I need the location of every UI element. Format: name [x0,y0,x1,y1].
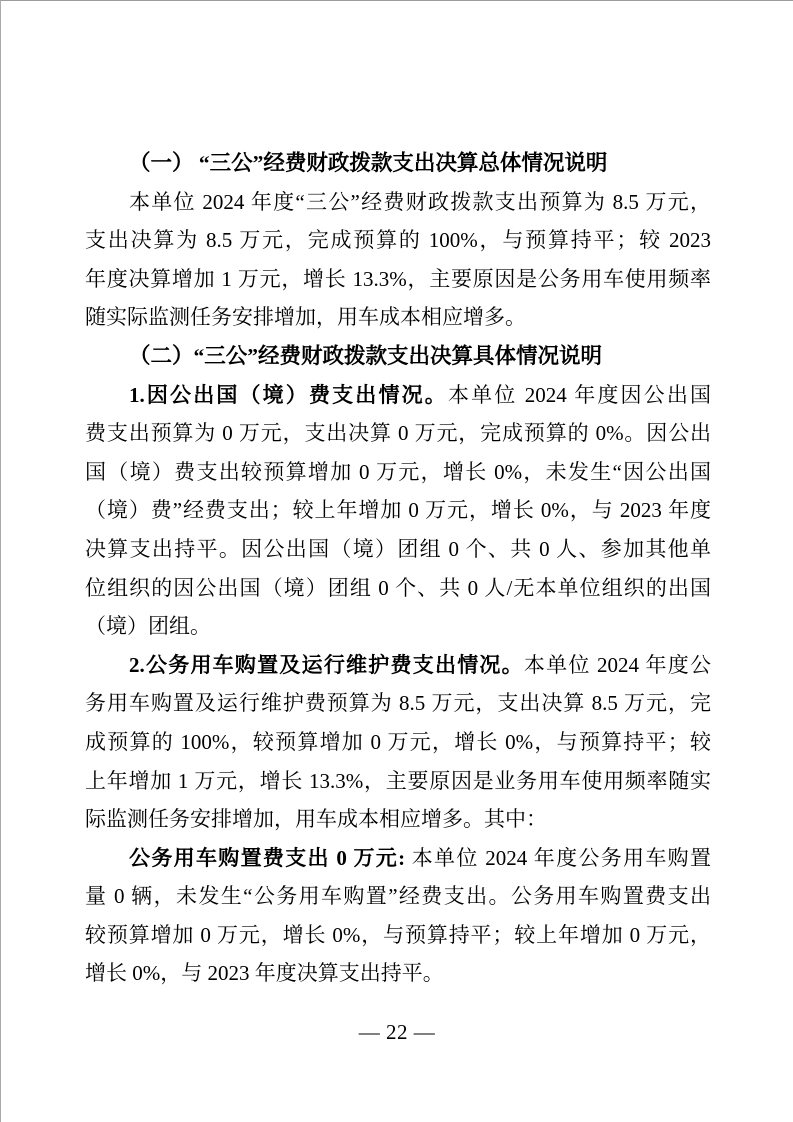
text-run: 成预算的 100%，较预算增加 0 万元，增长 0%，与预算持平；较 [85,730,711,754]
text-line: 随实际监测任务安排增加，用车成本相应增多。 [85,298,711,337]
text-run: 决算支出持平。因公出国（境）团组 0 个、共 0 人、参加其他单 [85,537,711,561]
text-line: 本单位 2024 年度“三公”经费财政拨款支出预算为 8.5 万元， [85,183,711,222]
text-line: 位组织的因公出国（境）团组 0 个、共 0 人/无本单位组织的出国 [85,569,711,608]
text-run: 本单位 2024 年度公务用车购置 [412,846,711,870]
text-run: 国（境）费支出较预算增加 0 万元，增长 0%，未发生“因公出国 [85,460,711,484]
text-line: 成预算的 100%，较预算增加 0 万元，增长 0%，与预算持平；较 [85,723,711,762]
text-run: 本单位 2024 年度公 [524,653,711,677]
text-line: 上年增加 1 万元，增长 13.3%，主要原因是业务用车使用频率随实 [85,762,711,801]
text-line: 国（境）费支出较预算增加 0 万元，增长 0%，未发生“因公出国 [85,453,711,492]
text-line: 费支出预算为 0 万元，支出决算 0 万元，完成预算的 0%。因公出 [85,414,711,453]
para-overall-situation: 本单位 2024 年度“三公”经费财政拨款支出预算为 8.5 万元，支出决算为 … [85,183,711,337]
heading-line: （一） “三公”经费财政拨款支出决算总体情况说明 [85,144,711,183]
text-run: 位组织的因公出国（境）团组 0 个、共 0 人/无本单位组织的出国 [85,576,711,600]
para-abroad-expense: 1.因公出国（境）费支出情况。本单位 2024 年度因公出国（境）费支出预算为 … [85,376,711,646]
text-line: 际监测任务安排增加，用车成本相应增多。其中： [85,800,711,839]
para-vehicle-expense: 2.公务用车购置及运行维护费支出情况。本单位 2024 年度公务用车购置及运行维… [85,646,711,839]
text-run: 务用车购置及运行维护费预算为 8.5 万元，支出决算 8.5 万元，完 [85,691,711,715]
text-run: 本单位 2024 年度“三公”经费财政拨款支出预算为 8.5 万元， [129,190,711,214]
text-run: 年度决算增加 1 万元，增长 13.3%，主要原因是公务用车使用频率 [85,267,711,291]
text-line: 量 0 辆，未发生“公务用车购置”经费支出。公务用车购置费支出 [85,877,711,916]
text-run: （境）团组。 [85,614,211,638]
para-vehicle-purchase: 公务用车购置费支出 0 万元: 本单位 2024 年度公务用车购置量 0 辆，未… [85,839,711,993]
text-line: 增长 0%，与 2023 年度决算支出持平。 [85,954,711,993]
text-line: 决算支出持平。因公出国（境）团组 0 个、共 0 人、参加其他单 [85,530,711,569]
text-run: 际监测任务安排增加，用车成本相应增多。其中： [85,807,547,831]
page-number: — 22 — [1,1013,793,1051]
bold-text-run: （二）“三公”经费财政拨款支出决算具体情况说明 [129,344,602,368]
text-line: （境）费”经费支出；较上年增加 0 万元，增长 0%，与 2023 年度 [85,491,711,530]
text-run: 支出决算为 8.5 万元，完成预算的 100%，与预算持平；较 2023 [85,228,711,252]
text-run: 较预算增加 0 万元，增长 0%，与预算持平；较上年增加 0 万元， [85,923,711,947]
text-run: 上年增加 1 万元，增长 13.3%，主要原因是业务用车使用频率随实 [85,769,711,793]
text-run: （境）费”经费支出；较上年增加 0 万元，增长 0%，与 2023 年度 [85,498,711,522]
bold-text-run: 2.公务用车购置及运行维护费支出情况。 [129,653,524,677]
bold-text-run: 1.因公出国（境）费支出情况。 [129,383,448,407]
text-line: 年度决算增加 1 万元，增长 13.3%，主要原因是公务用车使用频率 [85,260,711,299]
text-line: 2.公务用车购置及运行维护费支出情况。本单位 2024 年度公 [85,646,711,685]
text-line: 1.因公出国（境）费支出情况。本单位 2024 年度因公出国（境） [85,376,711,415]
document-content: （一） “三公”经费财政拨款支出决算总体情况说明本单位 2024 年度“三公”经… [85,144,711,993]
text-line: 公务用车购置费支出 0 万元: 本单位 2024 年度公务用车购置 [85,839,711,878]
section-1-heading: （一） “三公”经费财政拨款支出决算总体情况说明 [85,144,711,183]
text-run: 增长 0%，与 2023 年度决算支出持平。 [85,961,444,985]
text-run: 随实际监测任务安排增加，用车成本相应增多。 [85,305,526,329]
bold-text-run: （一） “三公”经费财政拨款支出决算总体情况说明 [129,151,607,175]
text-run: 量 0 辆，未发生“公务用车购置”经费支出。公务用车购置费支出 [85,884,711,908]
text-line: 支出决算为 8.5 万元，完成预算的 100%，与预算持平；较 2023 [85,221,711,260]
text-line: 务用车购置及运行维护费预算为 8.5 万元，支出决算 8.5 万元，完 [85,684,711,723]
text-line: （境）团组。 [85,607,711,646]
section-2-heading: （二）“三公”经费财政拨款支出决算具体情况说明 [85,337,711,376]
text-line: 较预算增加 0 万元，增长 0%，与预算持平；较上年增加 0 万元， [85,916,711,955]
text-run: 费支出预算为 0 万元，支出决算 0 万元，完成预算的 0%。因公出 [85,421,711,445]
heading-line: （二）“三公”经费财政拨款支出决算具体情况说明 [85,337,711,376]
bold-text-run: 公务用车购置费支出 0 万元: [129,846,412,870]
document-page: （一） “三公”经费财政拨款支出决算总体情况说明本单位 2024 年度“三公”经… [0,0,793,1122]
